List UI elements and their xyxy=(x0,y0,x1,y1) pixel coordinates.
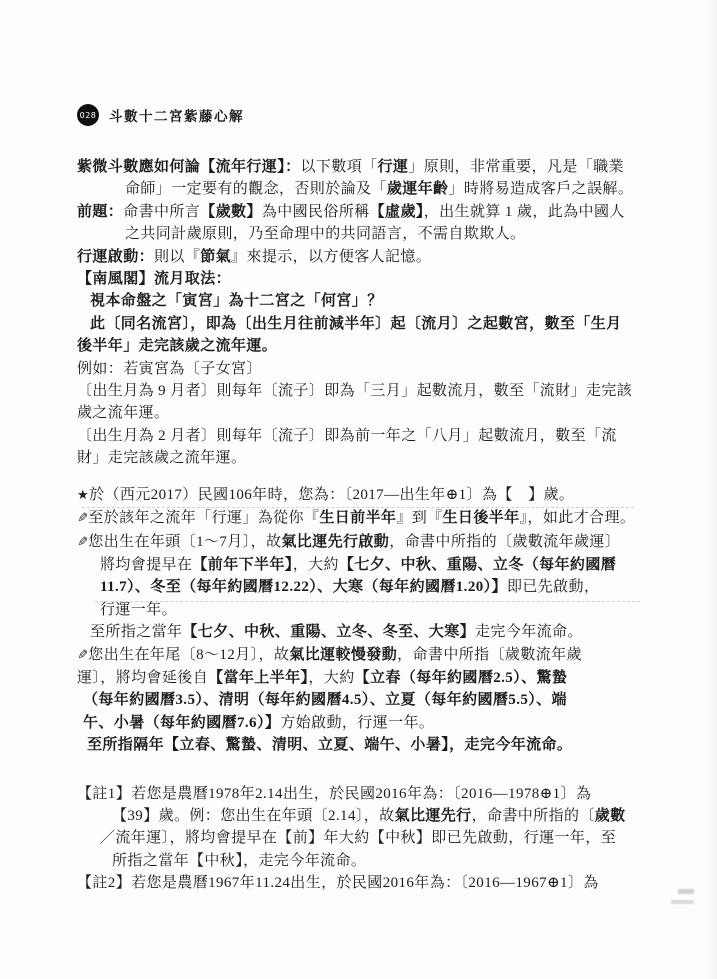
text-line: 此〔同名流宮〕，即為〔出生月往前減半年〕起〔流月〕之起數宮，數至「生月 xyxy=(77,313,652,335)
text-run: 氣比運先行 xyxy=(395,808,472,824)
text-run: 將均會提早在 xyxy=(100,557,192,573)
pencil-icon: ✎ xyxy=(77,645,88,667)
text-run: 生日前半年 xyxy=(319,510,396,526)
text-run: 【虛歲】 xyxy=(370,204,424,220)
text-line: ✎您出生在年尾〔8～12月〕，故氣比運較慢發動，命書中所指〔歲數流年歲 xyxy=(77,644,652,667)
text-line: 歲之流年運。 xyxy=(77,402,652,424)
text-run: 【39】歲。例：您出生在年頭〔2.14〕，故 xyxy=(112,808,395,824)
pencil-icon: ✎ xyxy=(77,508,88,530)
text-line: 午、小暑（每年約國曆7.6）】方始啟動，行運一年。 xyxy=(77,712,652,734)
text-run: 此〔同名流宮〕，即為〔出生月往前減半年〕起〔流月〕之起數宮，數至「生月 xyxy=(90,316,622,332)
text-run: 【當年上半年】 xyxy=(208,670,308,686)
text-line: ★於（西元2017）民國106年時，您為：〔2017—出生年⊕1〕為【 】歲。 xyxy=(77,484,652,507)
text-line: 【註2】若您是農曆1967年11.24出生，於民國2016年為：〔2016—19… xyxy=(77,872,652,894)
text-line: 至所指之當年【七夕、中秋、重陽、立冬、冬至、大寒】走完今年流命。 xyxy=(77,621,652,643)
text-run: ，命書中所指的〔 xyxy=(472,808,595,824)
text-run: 〔出生月為 9 月者〕則每年〔流子〕即為「三月」起數流月，數至「流財」走完該 xyxy=(77,383,632,399)
text-run: ，大約 xyxy=(308,670,354,686)
text-line: 行運啟動：則以『節氣』來提示，以方便客人記憶。 xyxy=(77,246,652,268)
text-run: 前題： xyxy=(77,204,123,220)
text-run: 行運一年。 xyxy=(100,602,177,618)
star-icon: ★ xyxy=(77,488,89,503)
scanned-book-page: 028 斗數十二宮紫藤心解 紫微斗數應如何論【流年行運】：以下數項「行運」原則，… xyxy=(0,0,717,979)
text-run: 歲之流年運。 xyxy=(77,405,169,421)
text-line: 【南風閣】流月取法： xyxy=(77,268,652,290)
scan-artifact-smudge xyxy=(671,900,694,904)
text-line: 將均會提早在【前年下半年】，大約【七夕、中秋、重陽、立冬（每年約國曆 xyxy=(77,554,652,576)
text-line: 之共同計歲原則，乃至命理中的共同語言，不需自欺欺人。 xyxy=(77,223,652,245)
text-line: ✎至於該年之流年「行運」為從你『生日前半年』到『生日後半年』，如此才合理。 xyxy=(77,507,652,530)
scan-artifact-smudge xyxy=(678,889,694,894)
text-run: 」走完該歲之流年運。 xyxy=(123,338,277,354)
text-run: 」時將易造成客戶之誤解。 xyxy=(448,181,633,197)
text-line: ／流年運〕，將均會提早在【前】年大約【中秋】即已先啟動，行運一年，至 xyxy=(77,827,652,849)
text-run: （每年約國曆3.5）、清明（每年約國曆4.5）、立夏（每年約國曆5.5）、端 xyxy=(83,692,567,708)
text-run: 歲運年齡 xyxy=(387,181,449,197)
text-run: 您出生在年尾〔8～12月〕，故 xyxy=(88,647,289,663)
scan-artifact-dotted-line xyxy=(82,507,634,508)
text-run: 財」走完該歲之流年運。 xyxy=(77,450,246,466)
text-line: 命師」一定要有的觀念，否則於論及「歲運年齡」時將易造成客戶之誤解。 xyxy=(77,178,652,200)
text-run: 紫微斗數應如何論【流年行運】： xyxy=(77,159,301,175)
text-run: 之共同計歲原則，乃至命理中的共同語言，不需自欺欺人。 xyxy=(125,226,525,242)
text-run: 即已先啟動， xyxy=(507,579,599,595)
text-run: 行運 xyxy=(378,159,409,175)
text-line: 至所指隔年【立春、驚蟄、清明、立夏、端午、小暑】，走完今年流命。 xyxy=(77,734,652,756)
page-edge-shading xyxy=(707,0,717,979)
book-title: 斗數十二宮紫藤心解 xyxy=(109,105,244,125)
scan-artifact-dotted-line xyxy=(95,601,640,602)
text-run: 視本命盤之「寅宮」為十二宮之「何宮」？ xyxy=(90,293,383,309)
text-line: 財」走完該歲之流年運。 xyxy=(77,447,652,469)
text-run: 走完今年流命。 xyxy=(475,624,583,640)
text-run: 【立春、驚蟄、清明、立夏、端午、小暑】 xyxy=(164,737,449,753)
text-run: ，大約 xyxy=(293,557,339,573)
text-run: 運〕，將均會延後自 xyxy=(77,670,208,686)
text-run: 【註2】若您是農曆1967年11.24出生，於民國2016年為：〔2016—19… xyxy=(77,875,599,891)
text-run: ，出生就算 1 歲，此為中國人 xyxy=(424,204,625,220)
text-line: 紫微斗數應如何論【流年行運】：以下數項「行運」原則，非常重要，凡是「職業 xyxy=(77,156,652,178)
text-line: （每年約國曆3.5）、清明（每年約國曆4.5）、立夏（每年約國曆5.5）、端 xyxy=(77,689,652,711)
page-number-badge: 028 xyxy=(77,104,99,126)
text-run: 午、小暑（每年約國曆7.6）】 xyxy=(83,715,280,731)
text-run: 【前年下半年】 xyxy=(192,557,292,573)
text-run: 至所指之當年 xyxy=(90,624,182,640)
text-run: 〔出生月為 2 月者〕則每年〔流子〕即為前一年之「八月」起數流月，數至「流 xyxy=(77,428,617,444)
text-line: 所指之當年【中秋】，走完今年流命。 xyxy=(77,850,652,872)
text-run: 所指之當年【中秋】，走完今年流命。 xyxy=(112,853,366,869)
text-line: ✎您出生在年頭〔1～7月〕，故氣比運先行啟動，命書中所指的〔歲數流年歲運〕 xyxy=(77,531,652,554)
text-line: 運〕，將均會延後自【當年上半年】，大約【立春（每年約國曆2.5）、驚蟄 xyxy=(77,667,652,689)
text-line: 【註1】若您是農曆1978年2.14出生，於民國2016年為：〔2016—197… xyxy=(77,783,652,805)
page-header: 028 斗數十二宮紫藤心解 xyxy=(77,104,244,126)
text-run: 命師」一定要有的觀念，否則於論及「 xyxy=(125,181,387,197)
text-line: 例如：若寅宮為〔子女宮〕 xyxy=(77,358,652,380)
text-run: 歲數 xyxy=(595,808,626,824)
text-run: ，命書中所指〔歲數流年歲 xyxy=(397,647,582,663)
text-run: ／流年運〕，將均會提早在【前】年大約【中秋】即已先啟動，行運一年，至 xyxy=(100,830,616,846)
text-run: 例如：若寅宮為〔子女宮〕 xyxy=(77,361,262,377)
text-run: 命書中所言 xyxy=(123,204,200,220)
text-run: 』到『 xyxy=(396,510,442,526)
text-run: 』來提示，以方便客人記憶。 xyxy=(231,249,431,265)
pencil-icon: ✎ xyxy=(77,532,88,554)
text-run: 為中國民俗所稱 xyxy=(262,204,370,220)
text-run: 您出生在年頭〔1～7月〕，故 xyxy=(88,534,281,550)
text-run: 方始啟動，行運一年。 xyxy=(280,715,434,731)
text-run: 【南風閣】流月取法： xyxy=(77,271,231,287)
text-line: 後半年」走完該歲之流年運。 xyxy=(77,335,652,357)
text-run: 行運啟動： xyxy=(77,249,154,265)
text-line: 視本命盤之「寅宮」為十二宮之「何宮」？ xyxy=(77,290,652,312)
text-run: 至於該年之流年「行運」為從你『 xyxy=(88,510,319,526)
text-run: 【註1】若您是農曆1978年2.14出生，於民國2016年為：〔2016—197… xyxy=(77,786,591,802)
text-line: 行運一年。 xyxy=(77,599,652,621)
text-run: 節氣 xyxy=(200,249,231,265)
text-run: 氣比運先行啟動 xyxy=(281,534,389,550)
text-run: 【七夕、中秋、重陽、立冬（每年約國曆 xyxy=(339,557,616,573)
text-line: 〔出生月為 9 月者〕則每年〔流子〕即為「三月」起數流月，數至「流財」走完該 xyxy=(77,380,652,402)
text-line: 11.7）、冬至（每年約國曆12.22）、大寒（每年約國曆1.20）】即已先啟動… xyxy=(77,576,652,598)
text-run: ，命書中所指的〔歲數流年歲運〕 xyxy=(389,534,620,550)
page-body: 紫微斗數應如何論【流年行運】：以下數項「行運」原則，非常重要，凡是「職業命師」一… xyxy=(77,156,652,895)
text-run: 以下數項「 xyxy=(301,159,378,175)
text-run: 』，如此才合理。 xyxy=(520,510,636,526)
text-line: 前題：命書中所言【歲數】為中國民俗所稱【虛歲】，出生就算 1 歲，此為中國人 xyxy=(77,201,652,223)
text-line: 〔出生月為 2 月者〕則每年〔流子〕即為前一年之「八月」起數流月，數至「流 xyxy=(77,425,652,447)
text-run: 至所指隔年 xyxy=(87,737,164,753)
text-run: 【立春（每年約國曆2.5）、驚蟄 xyxy=(355,670,568,686)
text-run: 生日後半年 xyxy=(443,510,520,526)
text-run: 11.7）、冬至（每年約國曆12.22）、大寒（每年約國曆1.20）】 xyxy=(100,579,507,595)
text-run: ，走完今年流命。 xyxy=(449,737,572,753)
text-run: 氣比運較慢發動 xyxy=(289,647,397,663)
text-run: 【七夕、中秋、重陽、立冬、冬至、大寒】 xyxy=(182,624,475,640)
text-run: 後半年 xyxy=(77,338,123,354)
text-run: 」原則，非常重要，凡是「職業 xyxy=(408,159,624,175)
text-run: 於（西元2017）民國106年時，您為：〔2017—出生年⊕1〕為【 】歲。 xyxy=(89,487,574,503)
text-run: 【歲數】 xyxy=(200,204,262,220)
text-run: 則以『 xyxy=(154,249,200,265)
text-line: 【39】歲。例：您出生在年頭〔2.14〕，故氣比運先行，命書中所指的〔歲數 xyxy=(77,805,652,827)
